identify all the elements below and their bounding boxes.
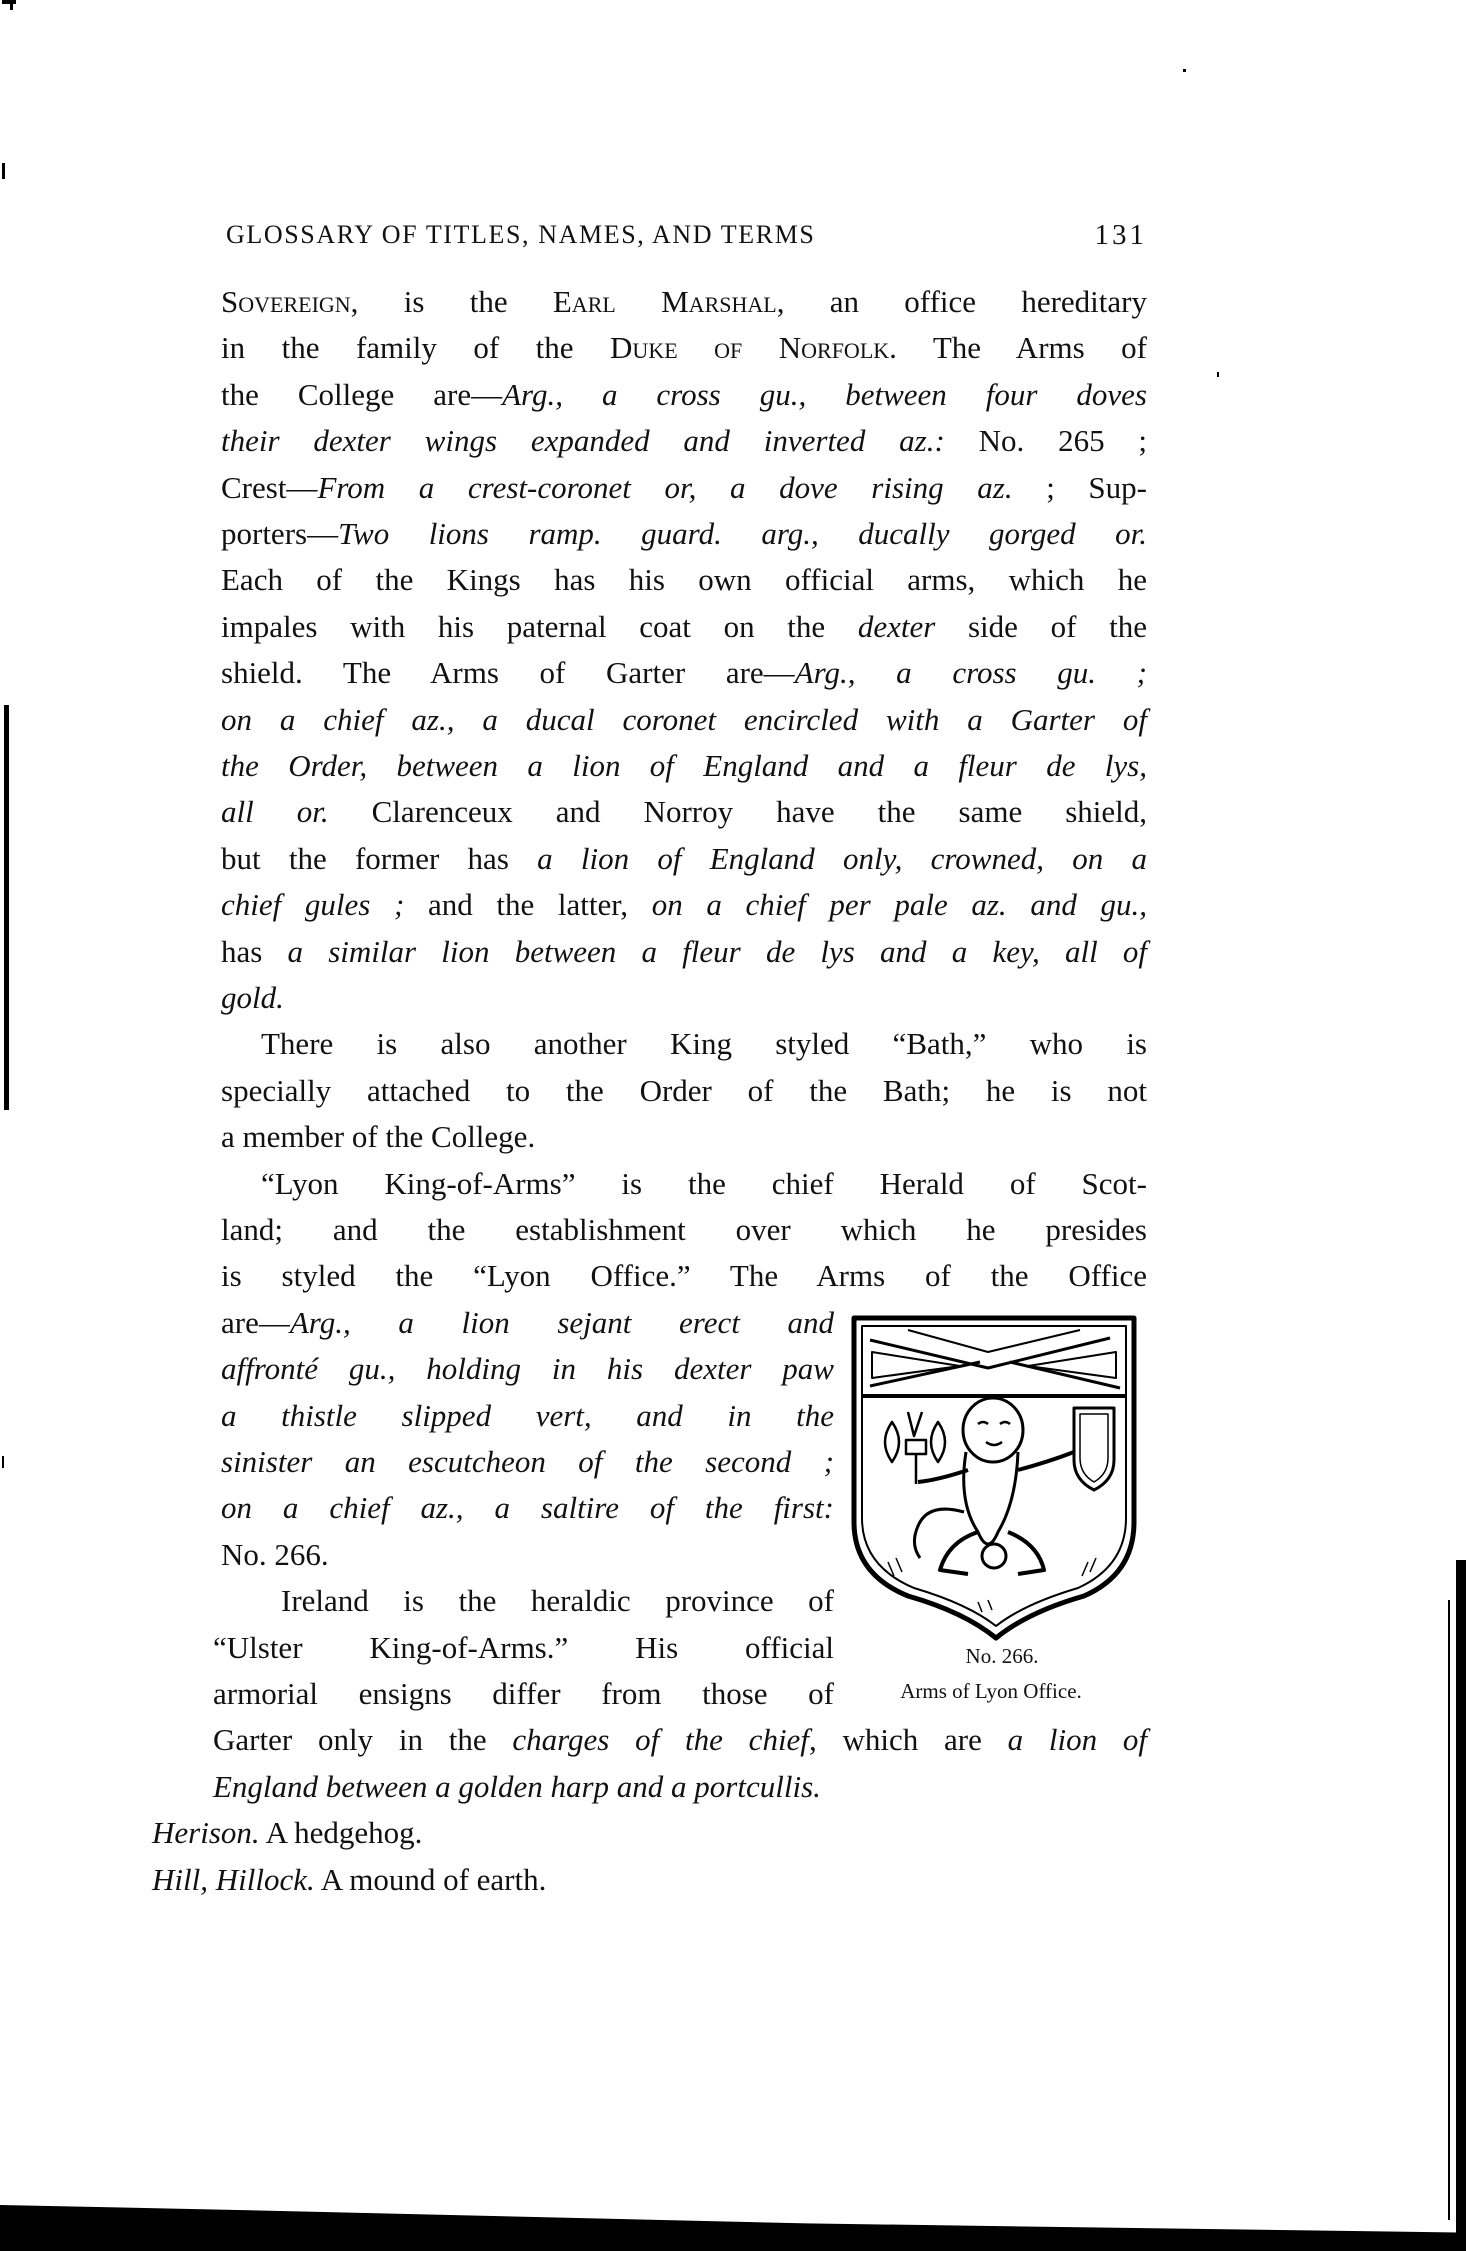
text-line: on a chief az., a saltire of the first: — [221, 1488, 834, 1528]
italic-run: a thistle slipped vert, and in the — [221, 1398, 834, 1433]
text-run: but the former has — [221, 841, 537, 876]
scan-artifact-right-mark — [1217, 372, 1219, 377]
italic-run: Arg., a lion sejant erect and — [290, 1305, 834, 1340]
scan-artifact-bottom-band — [0, 2205, 1466, 2251]
italic-run: England between a golden harp and a port… — [213, 1769, 821, 1804]
text-line: “Lyon King-of-Arms” is the chief Herald … — [261, 1164, 1147, 1204]
italic-run: Two lions ramp. guard. arg., ducally gor… — [338, 516, 1147, 551]
text-line: armorial ensigns differ from those of — [213, 1674, 834, 1714]
italic-run: chief gules ; — [221, 887, 404, 922]
text-line: gold. — [221, 978, 1147, 1018]
text-run: is styled the “Lyon Office.” The Arms of… — [221, 1258, 1147, 1293]
text-line: chief gules ; and the latter, on a chief… — [221, 885, 1147, 925]
italic-run: on a chief az., a ducal coronet encircle… — [221, 702, 1147, 737]
text-line: a thistle slipped vert, and in the — [221, 1396, 834, 1436]
scan-artifact-top-left-tick — [10, 0, 13, 10]
shield-lion-icon — [848, 1312, 1140, 1642]
page-number: 131 — [1095, 218, 1148, 252]
text-run: Garter only in the — [213, 1722, 512, 1757]
text-line: Hill, Hillock. A mound of earth. — [152, 1860, 1147, 1900]
text-run: side of the — [935, 609, 1147, 644]
text-run: are— — [221, 1305, 290, 1340]
text-run: specially attached to the Order of the B… — [221, 1073, 1147, 1108]
text-run: No. 265 ; — [945, 423, 1147, 458]
italic-run: From a crest-coronet or, a dove rising a… — [317, 470, 1012, 505]
text-line: land; and the establishment over which h… — [221, 1210, 1147, 1250]
italic-run: a lion of — [1008, 1722, 1147, 1757]
text-line: in the family of the Duke of Norfolk. Th… — [221, 328, 1147, 368]
text-run: Clarenceux and Norroy have the same shie… — [329, 794, 1147, 829]
text-run: has — [221, 934, 288, 969]
italic-run: affronté gu., holding in his dexter paw — [221, 1351, 834, 1386]
italic-run: a lion of England only, crowned, on a — [537, 841, 1147, 876]
small-caps-run: Duke of Norfolk — [610, 330, 889, 365]
italic-run: a similar lion between a fleur de lys an… — [288, 934, 1147, 969]
text-line: are—Arg., a lion sejant erect and — [221, 1303, 834, 1343]
text-line: “Ulster King-of-Arms.” His official — [213, 1628, 834, 1668]
figure-caption: Arms of Lyon Office. — [860, 1678, 1122, 1704]
text-run: Crest— — [221, 470, 317, 505]
text-run: , is the — [351, 284, 553, 319]
small-caps-run: Sovereign — [221, 284, 351, 319]
italic-run: gold. — [221, 980, 284, 1015]
text-line: the Order, between a lion of England and… — [221, 746, 1147, 786]
italic-run: on a chief az., a saltire of the first: — [221, 1490, 834, 1525]
text-line: Garter only in the charges of the chief,… — [213, 1720, 1147, 1760]
italic-run: Herison. — [152, 1815, 260, 1850]
text-run: “Ulster King-of-Arms.” His official — [213, 1630, 834, 1665]
text-line: Sovereign, is the Earl Marshal, an offic… — [221, 282, 1147, 322]
text-run: shield. The Arms of Garter are— — [221, 655, 795, 690]
text-run: the College are— — [221, 377, 502, 412]
text-run: No. 266. — [221, 1537, 329, 1572]
text-line: on a chief az., a ducal coronet encircle… — [221, 700, 1147, 740]
text-line: a member of the College. — [221, 1117, 1147, 1157]
text-line: but the former has a lion of England onl… — [221, 839, 1147, 879]
scan-artifact-top-left — [2, 0, 16, 4]
text-run: Each of the Kings has his own official a… — [221, 562, 1147, 597]
scan-artifact-left-dash — [2, 1456, 4, 1468]
text-run: armorial ensigns differ from those of — [213, 1676, 834, 1711]
text-run: porters— — [221, 516, 338, 551]
italic-run: all or. — [221, 794, 329, 829]
text-line: sinister an escutcheon of the second ; — [221, 1442, 834, 1482]
italic-run: their dexter wings expanded and inverted… — [221, 423, 945, 458]
text-line: has a similar lion between a fleur de ly… — [221, 932, 1147, 972]
text-line: Ireland is the heraldic province of — [281, 1581, 834, 1621]
italic-run: dexter — [858, 609, 935, 644]
text-line: shield. The Arms of Garter are—Arg., a c… — [221, 653, 1147, 693]
text-line: porters—Two lions ramp. guard. arg., duc… — [221, 514, 1147, 554]
text-run: , an office hereditary — [777, 284, 1147, 319]
text-run: A mound of earth. — [315, 1862, 547, 1897]
italic-run: the Order, between a lion of England and… — [221, 748, 1147, 783]
text-line: the College are—Arg., a cross gu., betwe… — [221, 375, 1147, 415]
text-run: in the family of the — [221, 330, 610, 365]
italic-run: sinister an escutcheon of the second ; — [221, 1444, 834, 1479]
text-run: . The Arms of — [889, 330, 1147, 365]
text-run: ; Sup- — [1013, 470, 1147, 505]
text-run: impales with his paternal coat on the — [221, 609, 858, 644]
text-line: England between a golden harp and a port… — [213, 1767, 1147, 1807]
italic-run: Arg., a cross gu. ; — [795, 655, 1147, 690]
text-run: “Lyon King-of-Arms” is the chief Herald … — [261, 1166, 1147, 1201]
text-run: , which are — [809, 1722, 1008, 1757]
text-line: Crest—From a crest-coronet or, a dove ri… — [221, 468, 1147, 508]
text-line: There is also another King styled “Bath,… — [261, 1024, 1147, 1064]
figure-number: No. 266. — [940, 1643, 1064, 1669]
italic-run: charges of the chief — [512, 1722, 809, 1757]
italic-run: Hill, Hillock. — [152, 1862, 315, 1897]
text-run: Ireland is the heraldic province of — [281, 1583, 834, 1618]
text-line: their dexter wings expanded and inverted… — [221, 421, 1147, 461]
text-line: affronté gu., holding in his dexter paw — [221, 1349, 834, 1389]
text-line: Each of the Kings has his own official a… — [221, 560, 1147, 600]
text-line: impales with his paternal coat on the de… — [221, 607, 1147, 647]
text-line: is styled the “Lyon Office.” The Arms of… — [221, 1256, 1147, 1296]
scan-artifact-right-band — [1456, 1560, 1466, 2251]
book-page: GLOSSARY OF TITLES, NAMES, AND TERMS 131… — [0, 0, 1466, 2251]
scan-artifact-right-line — [1448, 1600, 1450, 2220]
running-head-title: GLOSSARY OF TITLES, NAMES, AND TERMS — [226, 218, 815, 252]
text-line: No. 266. — [221, 1535, 834, 1575]
text-run: and the latter, — [404, 887, 651, 922]
running-head: GLOSSARY OF TITLES, NAMES, AND TERMS 131 — [226, 218, 1147, 252]
text-run: land; and the establishment over which h… — [221, 1212, 1147, 1247]
text-run: There is also another King styled “Bath,… — [261, 1026, 1147, 1061]
text-run: a member of the College. — [221, 1119, 535, 1154]
italic-run: on a chief per pale az. and gu., — [652, 887, 1147, 922]
small-caps-run: Earl Marshal — [553, 284, 777, 319]
text-run: A hedgehog. — [260, 1815, 423, 1850]
text-line: specially attached to the Order of the B… — [221, 1071, 1147, 1111]
scan-artifact-right-dot — [1183, 69, 1186, 72]
scan-artifact-left-bar — [4, 705, 9, 1110]
text-line: all or. Clarenceux and Norroy have the s… — [221, 792, 1147, 832]
scan-artifact-left-dot — [2, 163, 5, 179]
italic-run: Arg., a cross gu., between four doves — [502, 377, 1147, 412]
text-line: Herison. A hedgehog. — [152, 1813, 1147, 1853]
